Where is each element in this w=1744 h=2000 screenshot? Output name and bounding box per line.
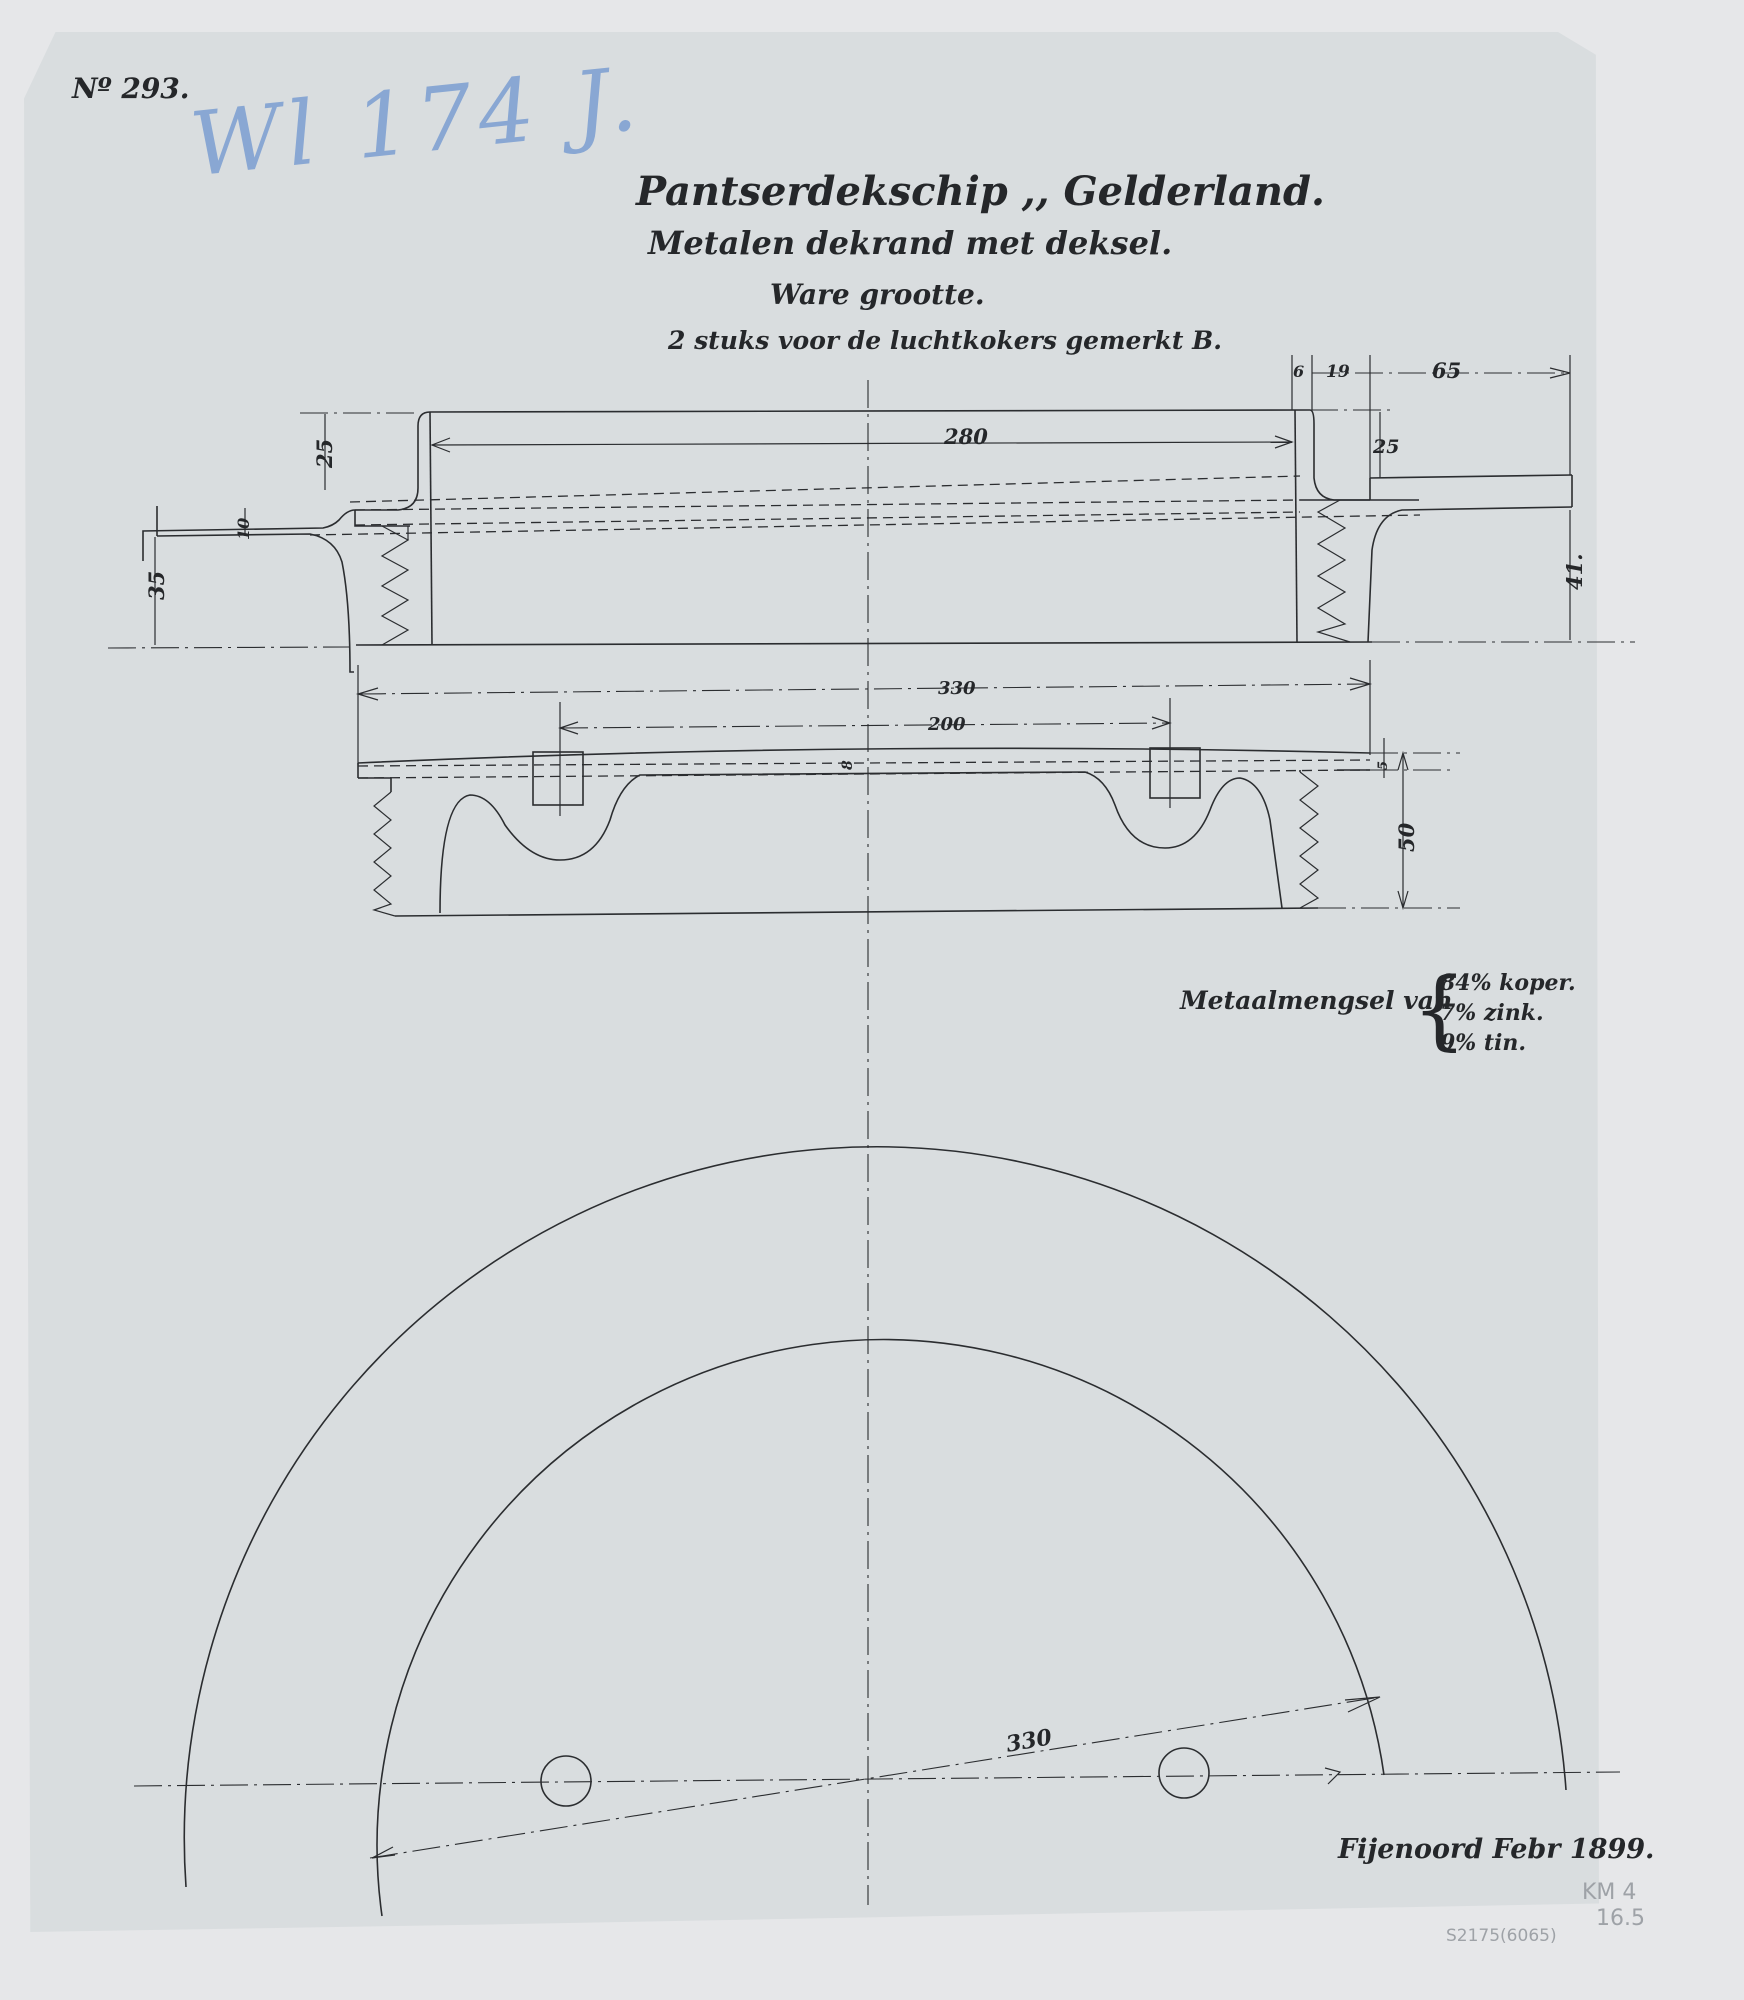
archive-mark-inventory: S2175(6065) (1446, 1926, 1557, 1946)
dim-flange-height-left: 25 (312, 439, 337, 468)
dim-cover-height: 50 (1394, 823, 1419, 852)
archive-mark-number: 16.5 (1596, 1906, 1645, 1931)
dim-crown-thickness: 8 (840, 760, 856, 770)
signature-place-date: Fijenoord Febr 1899. (1338, 1834, 1654, 1865)
dim-inner-width: 280 (944, 424, 988, 449)
cover-section (358, 660, 1460, 916)
plan-view (134, 1147, 1620, 1916)
dim-wall-thickness: 6 (1293, 362, 1304, 381)
dim-thread-width: 19 (1326, 362, 1350, 382)
drawing-title: Pantserdekschip ,, Gelderland. (636, 168, 1325, 215)
drawing-subtitle: Metalen dekrand met deksel. (648, 224, 1172, 262)
alloy-zinc: 7% zink. (1440, 1000, 1544, 1026)
dim-outer-extension: 65 (1432, 358, 1461, 383)
dim-right-height: 41. (1562, 553, 1587, 590)
dim-cover-width: 330 (938, 678, 976, 699)
horizontal-centerline (134, 1772, 1620, 1786)
hole-right (1159, 1748, 1209, 1798)
sheet-number: Nº 293. (72, 72, 190, 105)
quantity-note: 2 stuks voor de luchtkokers gemerkt B. (668, 326, 1222, 355)
alloy-copper: 84% koper. (1440, 970, 1576, 996)
dim-flange-height-right: 25 (1373, 436, 1399, 458)
dim-slot-spacing: 200 (928, 714, 966, 735)
outer-arc (184, 1147, 1566, 1887)
deck-ring-section (108, 355, 1635, 672)
dim-left-height: 35 (144, 571, 169, 600)
scale-note: Ware grootte. (770, 278, 985, 311)
dim-plate-thickness: 10 (234, 518, 253, 540)
hole-left (541, 1756, 591, 1806)
dim-edge-thickness: 5 (1376, 761, 1391, 770)
alloy-tin: 9% tin. (1440, 1030, 1526, 1056)
inner-arc (377, 1340, 1384, 1916)
archive-mark-km: KM 4 (1582, 1880, 1636, 1905)
radius-line (370, 1697, 1380, 1858)
